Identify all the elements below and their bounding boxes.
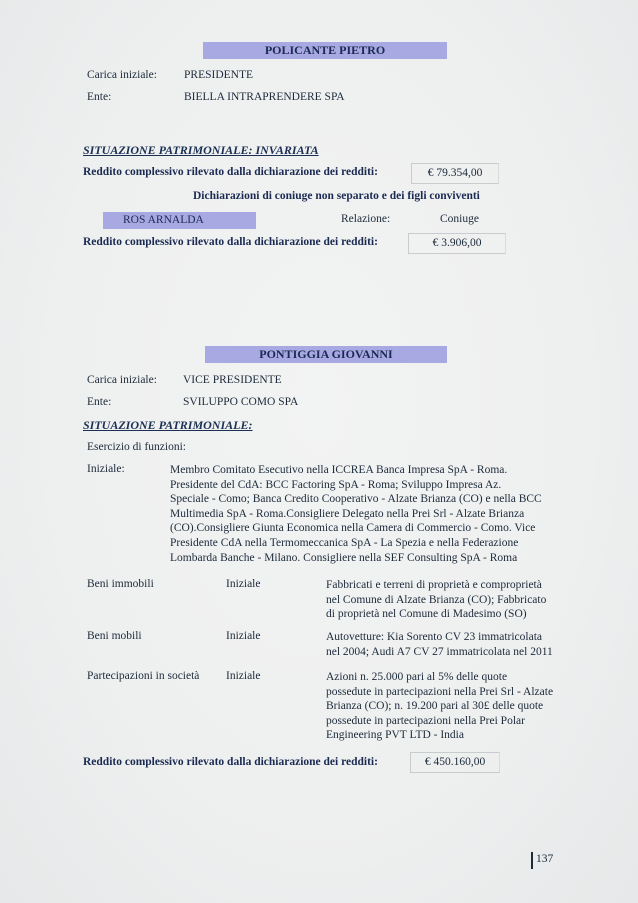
carica-value: VICE PRESIDENTE: [183, 374, 282, 386]
situazione-heading: SITUAZIONE PATRIMONIALE:: [83, 418, 252, 433]
beni-type: Iniziale: [226, 630, 260, 642]
coniuge-name: ROS ARNALDA: [103, 212, 256, 229]
coniuge-heading: Dichiarazioni di coniuge non separato e …: [193, 190, 480, 202]
reddito-label: Reddito complessivo rilevato dalla dichi…: [83, 166, 378, 178]
esercizio-label: Esercizio di funzioni:: [87, 441, 186, 453]
text-line: Presidente CdA nella Termomeccanica SpA …: [170, 536, 542, 551]
carica-value: PRESIDENTE: [184, 69, 253, 81]
text-line: di proprietà nel Comune di Madesimo (SO): [326, 607, 546, 622]
text-line: possedute in partecipazioni nella Prei S…: [326, 685, 553, 700]
beni-type: Iniziale: [226, 670, 260, 682]
text-line: possedute in partecipazioni nella Prei P…: [326, 714, 553, 729]
iniziale-description: Membro Comitato Esecutivo nella ICCREA B…: [170, 463, 542, 565]
relazione-label: Relazione:: [341, 213, 390, 225]
text-line: Fabbricati e terreni di proprietà e comp…: [326, 578, 546, 593]
text-line: Autovetture: Kia Sorento CV 23 immatrico…: [326, 630, 553, 645]
situazione-heading: SITUAZIONE PATRIMONIALE: INVARIATA: [83, 143, 319, 158]
text-line: Engineering PVT LTD - India: [326, 728, 553, 743]
page-number: 137: [536, 853, 553, 865]
carica-label: Carica iniziale:: [87, 69, 157, 81]
text-line: Membro Comitato Esecutivo nella ICCREA B…: [170, 463, 542, 478]
coniuge-reddito-value: € 3.906,00: [408, 233, 506, 254]
text-line: Multimedia SpA - Roma.Consigliere Delega…: [170, 507, 542, 522]
ente-label: Ente:: [87, 396, 111, 408]
text-line: Speciale - Como; Banca Credito Cooperati…: [170, 492, 542, 507]
text-line: Presidente del CdA: BCC Factoring SpA - …: [170, 478, 542, 493]
ente-label: Ente:: [87, 91, 111, 103]
beni-description: Autovetture: Kia Sorento CV 23 immatrico…: [326, 630, 553, 659]
beni-category: Partecipazioni in società: [87, 670, 199, 682]
person-name-header: PONTIGGIA GIOVANNI: [205, 346, 447, 363]
reddito-label: Reddito complessivo rilevato dalla dichi…: [83, 756, 378, 768]
text-line: Azioni n. 25.000 pari al 5% delle quote: [326, 670, 553, 685]
text-line: nel Comune di Alzate Brianza (CO); Fabbr…: [326, 593, 546, 608]
iniziale-label: Iniziale:: [87, 463, 125, 475]
ente-value: BIELLA INTRAPRENDERE SPA: [184, 91, 345, 103]
ente-value: SVILUPPO COMO SPA: [183, 396, 298, 408]
beni-category: Beni immobili: [87, 578, 154, 590]
coniuge-reddito-label: Reddito complessivo rilevato dalla dichi…: [83, 236, 378, 248]
text-line: Lombarda Banche - Milano. Consigliere ne…: [170, 551, 542, 566]
carica-label: Carica iniziale:: [87, 374, 157, 386]
relazione-value: Coniuge: [440, 213, 479, 225]
beni-type: Iniziale: [226, 578, 260, 590]
beni-description: Azioni n. 25.000 pari al 5% delle quote …: [326, 670, 553, 743]
beni-description: Fabbricati e terreni di proprietà e comp…: [326, 578, 546, 622]
person-name-header: POLICANTE PIETRO: [203, 42, 447, 59]
text-line: (CO).Consigliere Giunta Economica nella …: [170, 521, 542, 536]
beni-category: Beni mobili: [87, 630, 142, 642]
page-number-divider: [531, 852, 533, 869]
text-line: Brianza (CO); n. 19.200 pari al 30£ dell…: [326, 699, 553, 714]
text-line: nel 2004; Audi A7 CV 27 immatricolata ne…: [326, 645, 553, 660]
reddito-value: € 79.354,00: [411, 163, 499, 184]
reddito-value: € 450.160,00: [410, 752, 500, 773]
